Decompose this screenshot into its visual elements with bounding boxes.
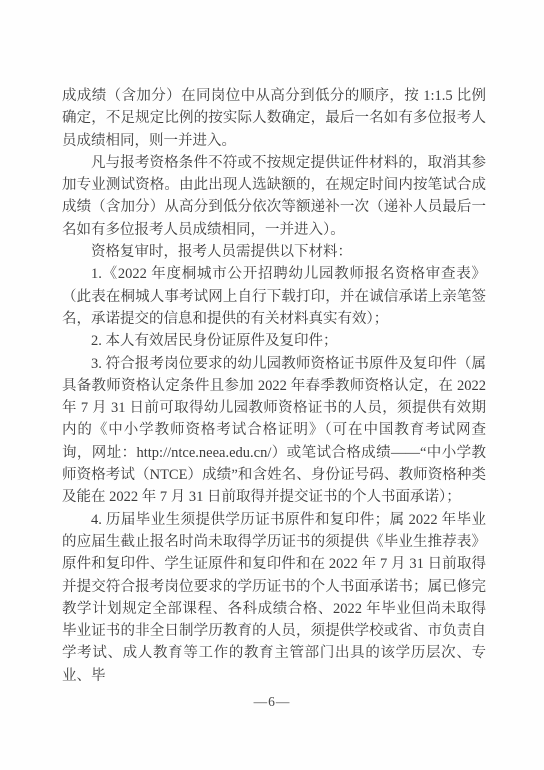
para-disqualification-and-replacement: 凡与报考资格条件不符或不按规定提供证件材料的，取消其参加专业测试资格。由此出现人… <box>62 152 486 241</box>
scanned-document-page: 成成绩（含加分）在同岗位中从高分到低分的顺序，按 1:1.5 比例确定，不足规定… <box>0 0 544 770</box>
para-materials-intro: 资格复审时，报考人员需提供以下材料： <box>62 241 486 263</box>
para-material-item-4: 4. 历届毕业生须提供学历证书原件和复印件；属 2022 年毕业的应届生截止报名… <box>62 509 486 687</box>
document-body-text: 成成绩（含加分）在同岗位中从高分到低分的顺序，按 1:1.5 比例确定，不足规定… <box>62 85 486 687</box>
para-continuation-selection-rule: 成成绩（含加分）在同岗位中从高分到低分的顺序，按 1:1.5 比例确定，不足规定… <box>62 85 486 152</box>
para-material-item-3: 3. 符合报考岗位要求的幼儿园教师资格证书原件及复印件（属具备教师资格认定条件且… <box>62 353 486 509</box>
para-material-item-1: 1.《2022 年度桐城市公开招聘幼儿园教师报名资格审查表》（此表在桐城人事考试… <box>62 263 486 330</box>
page-number: —6— <box>0 694 544 710</box>
para-material-item-2: 2. 本人有效居民身份证原件及复印件； <box>62 330 486 352</box>
